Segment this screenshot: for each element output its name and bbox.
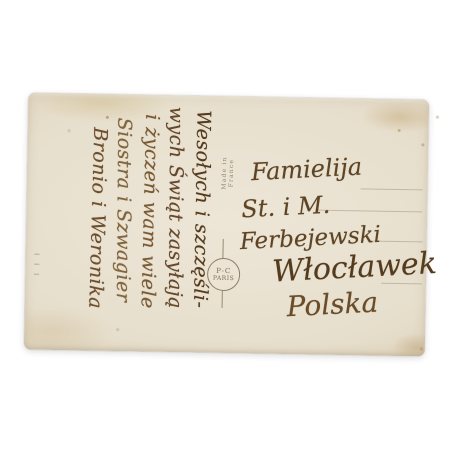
- postcard: Wesołych i szczęśli- wych Świąt zasyłają…: [24, 93, 429, 357]
- stamp-city: PARIS: [213, 275, 234, 282]
- publisher-stamp-circle: P-C PARIS: [207, 258, 241, 292]
- divider-line-top: [222, 239, 223, 259]
- address-rule-line: [316, 210, 422, 213]
- stamp-initials: P-C: [216, 267, 231, 275]
- message-line: Bronio i Weronika: [81, 127, 113, 343]
- divider-line-bottom: [222, 290, 223, 308]
- photo-background: Wesołych i szczęśli- wych Świąt zasyłają…: [0, 0, 450, 450]
- address-line-initials: St. i M.: [241, 191, 331, 224]
- message-line: Wesołych i szczęśli-: [186, 110, 216, 344]
- made-in-france-imprint: Made in France: [220, 147, 231, 199]
- address-rule-line: [361, 188, 423, 190]
- address-line-family: Famielija: [250, 153, 362, 187]
- address-line-country: Polska: [286, 285, 379, 323]
- edge-marks: [34, 245, 37, 305]
- message-line: Siostra i Szwagier: [109, 118, 137, 343]
- handwritten-message: Wesołych i szczęśli- wych Świąt zasyłają…: [72, 105, 216, 344]
- message-line: i życzeń wam wiele: [134, 114, 166, 344]
- message-line: wych Świąt zasyłają: [162, 107, 190, 344]
